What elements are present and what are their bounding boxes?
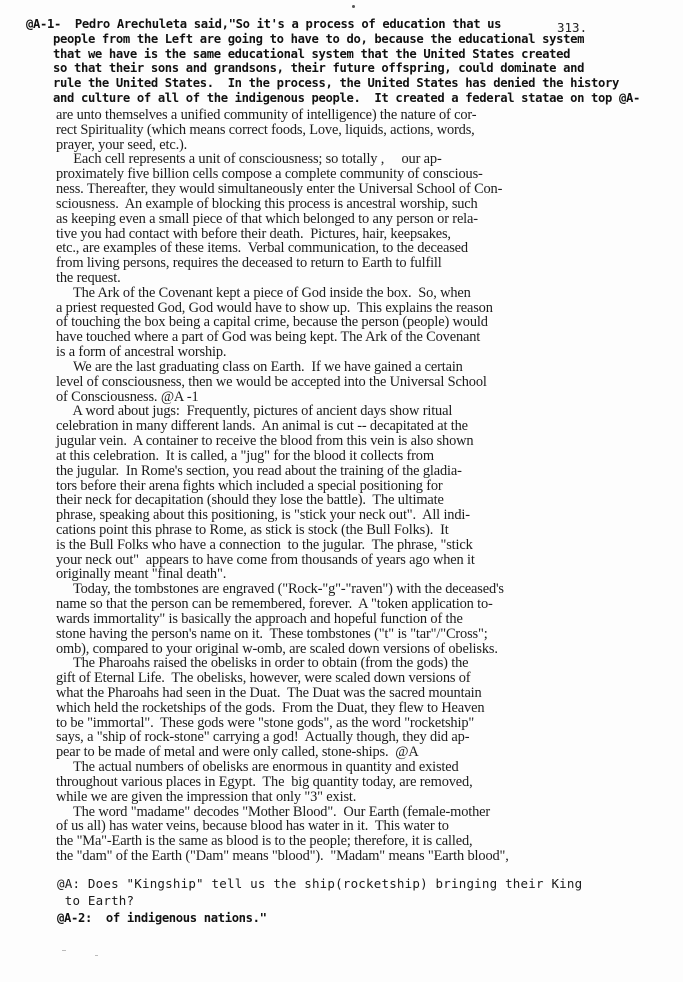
scanned-document-page: 313. @A-1- Pedro Arechuleta said,"So it'… (0, 0, 683, 982)
text-line: a priest requested God, God would have t… (56, 301, 493, 316)
quote-line: and culture of all of the indigenous peo… (53, 91, 640, 106)
footnote-line: @A: Does "Kingship" tell us the ship(roc… (57, 876, 582, 891)
quote-line: so that their sons and grandsons, their … (53, 61, 584, 76)
text-line: the request. (56, 271, 121, 286)
text-line: ness. Thereafter, they would simultaneou… (56, 182, 502, 197)
text-line: name so that the person can be remembere… (56, 597, 493, 612)
text-line: A word about jugs: Frequently, pictures … (56, 404, 452, 419)
text-line: is the Bull Folks who have a connection … (56, 538, 473, 553)
text-line: at this celebration. It is called, a "ju… (56, 449, 434, 464)
text-line: is a form of ancestral worship. (56, 345, 226, 360)
text-line: celebration in many different lands. An … (56, 419, 468, 434)
footnote-line: @A-2: of indigenous nations." (57, 911, 267, 926)
text-line: their neck for decapitation (should they… (56, 493, 444, 508)
text-line: the jugular. In Rome's section, you read… (56, 464, 462, 479)
text-line: rect Spirituality (which means correct f… (56, 123, 475, 138)
text-line: stone having the person's name on it. Th… (56, 627, 488, 642)
text-line: while we are given the impression that o… (56, 790, 356, 805)
footnote-line: to Earth? (57, 893, 134, 908)
text-line: The Pharoahs raised the obelisks in orde… (56, 656, 468, 671)
text-line: sciousness. An example of blocking this … (56, 197, 478, 212)
text-line: phrase, speaking about this positioning,… (56, 508, 470, 523)
text-line: We are the last graduating class on Eart… (56, 360, 463, 375)
scan-speck (352, 5, 355, 8)
scan-speck (95, 955, 98, 956)
text-line: tive you had contact with before their d… (56, 227, 451, 242)
text-line: originally meant "final death". (56, 567, 226, 582)
text-line: Today, the tombstones are engraved ("Roc… (56, 582, 504, 597)
text-line: jugular vein. A container to receive the… (56, 434, 473, 449)
quote-line: rule the United States. In the process, … (53, 76, 619, 91)
text-line: etc., are examples of these items. Verba… (56, 241, 468, 256)
text-line: to be "immortal". These gods were "stone… (56, 716, 474, 731)
text-line: tors before their arena fights which inc… (56, 479, 443, 494)
quote-line: @A-1- Pedro Arechuleta said,"So it's a p… (26, 17, 501, 32)
text-line: the "Ma"-Earth is the same as blood is t… (56, 834, 472, 849)
text-line: cations point this phrase to Rome, as st… (56, 523, 449, 538)
text-line: throughout various places in Egypt. The … (56, 775, 473, 790)
text-line: proximately five billion cells compose a… (56, 167, 483, 182)
text-line: what the Pharoahs had seen in the Duat. … (56, 686, 482, 701)
scan-speck (62, 950, 66, 951)
text-line: The word "madame" decodes "Mother Blood"… (56, 805, 490, 820)
text-line: pear to be made of metal and were only c… (56, 745, 419, 760)
text-line: of touching the box being a capital crim… (56, 315, 488, 330)
text-line: of us all) has water veins, because bloo… (56, 819, 449, 834)
text-line: level of consciousness, then we would be… (56, 375, 487, 390)
quote-line: that we have is the same educational sys… (53, 47, 570, 62)
text-line: prayer, your seed, etc.). (56, 138, 187, 153)
text-line: The actual numbers of obelisks are enorm… (56, 760, 459, 775)
text-line: the "dam" of the Earth ("Dam" means "blo… (56, 849, 509, 864)
text-line: The Ark of the Covenant kept a piece of … (56, 286, 471, 301)
text-line: wards immortality" is basically the appr… (56, 612, 463, 627)
text-line: Each cell represents a unit of conscious… (56, 152, 442, 167)
text-line: are unto themselves a unified community … (56, 108, 476, 123)
text-line: from living persons, requires the deceas… (56, 256, 442, 271)
text-line: omb), compared to your original w-omb, a… (56, 642, 498, 657)
text-line: have touched where a part of God was bei… (56, 330, 480, 345)
text-line: of Consciousness. @A -1 (56, 390, 199, 405)
text-line: as keeping even a small piece of that wh… (56, 212, 478, 227)
text-line: which held the rocketships of the gods. … (56, 701, 484, 716)
text-line: your neck out" appears to have come from… (56, 553, 475, 568)
text-line: gift of Eternal Life. The obelisks, howe… (56, 671, 470, 686)
text-line: says, a "ship of rock-stone" carrying a … (56, 730, 469, 745)
quote-line: people from the Left are going to have t… (53, 32, 584, 47)
